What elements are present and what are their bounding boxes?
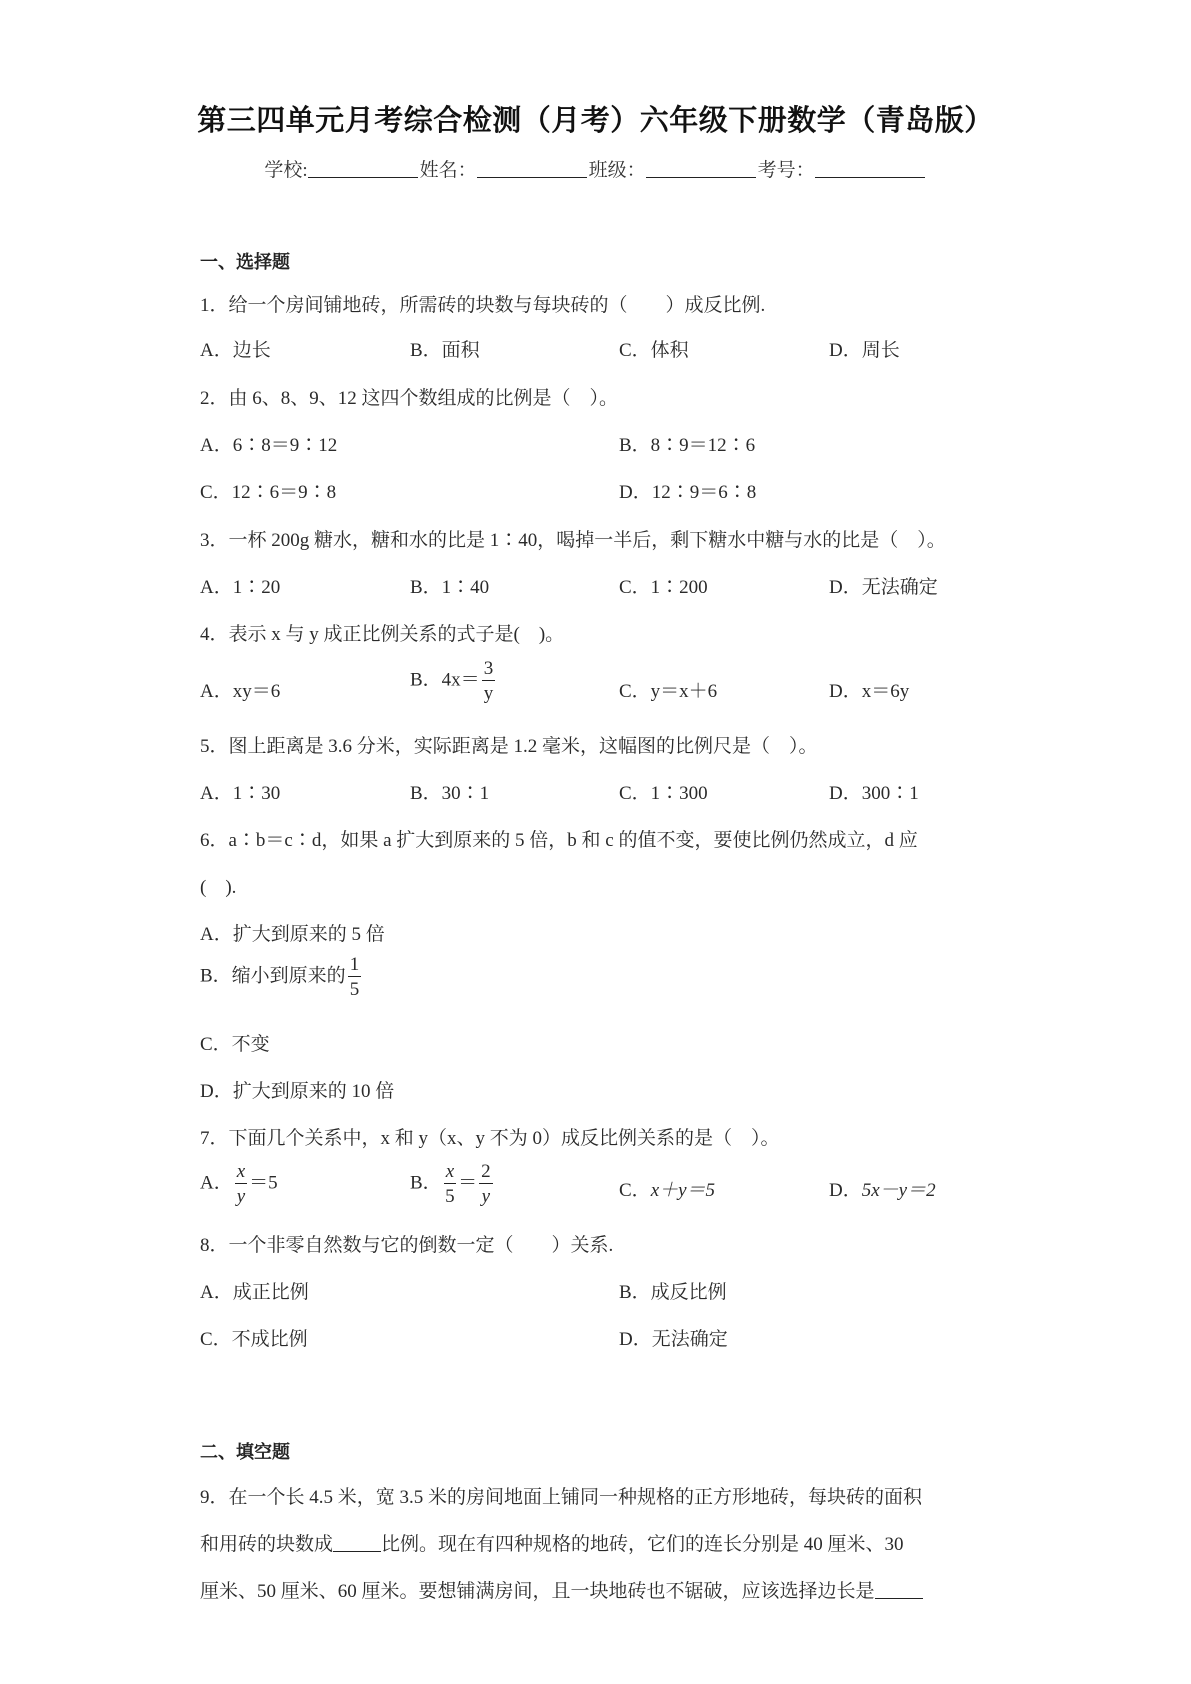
q1-option-a[interactable]: A．边长 [200, 335, 271, 362]
question-3-stem: 3．一杯 200g 糖水，糖和水的比是 1∶40，喝掉一半后，剩下糖水中糖与水的… [200, 525, 946, 552]
q3-option-c[interactable]: C．1∶200 [619, 572, 708, 599]
q6-option-d[interactable]: D．扩大到原来的 10 倍 [200, 1076, 394, 1103]
q6-option-c[interactable]: C．不变 [200, 1029, 270, 1056]
question-7-stem: 7．下面几个关系中，x 和 y（x、y 不为 0）成反比例关系的是（ ）。 [200, 1123, 780, 1150]
q4-option-d[interactable]: D．x＝6y [829, 676, 909, 703]
q5-option-c[interactable]: C．1∶300 [619, 778, 708, 805]
answer-blank-1[interactable] [333, 1535, 381, 1552]
q5-option-b[interactable]: B．30∶1 [410, 778, 489, 805]
q2-option-a[interactable]: A．6∶8＝9∶12 [200, 430, 337, 457]
q6-option-b-prefix: B．缩小到原来的 [200, 965, 346, 986]
q8-option-d[interactable]: D．无法确定 [619, 1324, 728, 1351]
class-label: 班级： [589, 155, 646, 182]
school-blank[interactable] [308, 159, 418, 178]
question-8-stem: 8．一个非零自然数与它的倒数一定（ ）关系. [200, 1230, 613, 1257]
student-info-row: 学校:姓名：班级：考号： [0, 155, 1191, 182]
q5-option-a[interactable]: A．1∶30 [200, 778, 280, 805]
q8-option-b[interactable]: B．成反比例 [619, 1277, 727, 1304]
q7-option-b[interactable]: B．x5＝2y [410, 1162, 495, 1206]
q7-option-d[interactable]: D．5x－y＝2 [829, 1175, 936, 1202]
question-5-stem: 5．图上距离是 3.6 分米，实际距离是 1.2 毫米，这幅图的比例尺是（ ）。 [200, 731, 818, 758]
question-6-stem-line-2: ( ). [200, 872, 236, 899]
answer-blank-2[interactable] [875, 1582, 923, 1599]
name-label: 姓名： [420, 155, 477, 182]
fraction-1-over-5: 15 [348, 955, 362, 999]
fraction-x-over-5: x5 [444, 1162, 456, 1206]
fraction-x-over-y: xy [235, 1162, 247, 1206]
q1-option-b[interactable]: B．面积 [410, 335, 480, 362]
exam-no-blank[interactable] [815, 159, 925, 178]
question-9-line-1: 9．在一个长 4.5 米，宽 3.5 米的房间地面上铺同一种规格的正方形地砖，每… [200, 1482, 922, 1509]
section-heading-choice: 一、选择题 [200, 248, 290, 274]
q6-option-b[interactable]: B．缩小到原来的15 [200, 955, 363, 999]
q8-option-a[interactable]: A．成正比例 [200, 1277, 309, 1304]
q7-option-c[interactable]: C．x＋y＝5 [619, 1175, 715, 1202]
question-9-line-2: 和用砖的块数成比例。现在有四种规格的地砖，它们的连长分别是 40 厘米、30 [200, 1529, 904, 1556]
name-blank[interactable] [477, 159, 587, 178]
question-1-stem: 1．给一个房间铺地砖，所需砖的块数与每块砖的（ ）成反比例. [200, 290, 765, 317]
class-blank[interactable] [646, 159, 756, 178]
q4-option-b-prefix: B．4x＝ [410, 669, 480, 690]
q3-option-a[interactable]: A．1∶20 [200, 572, 280, 599]
q6-option-a[interactable]: A．扩大到原来的 5 倍 [200, 919, 385, 946]
section-heading-fill-blank: 二、填空题 [200, 1438, 290, 1464]
q8-option-c[interactable]: C．不成比例 [200, 1324, 308, 1351]
q1-option-c[interactable]: C．体积 [619, 335, 689, 362]
q4-option-c[interactable]: C．y＝x＋6 [619, 676, 717, 703]
q3-option-d[interactable]: D．无法确定 [829, 572, 938, 599]
q2-option-c[interactable]: C．12∶6＝9∶8 [200, 477, 336, 504]
question-2-stem: 2．由 6、8、9、12 这四个数组成的比例是（ ）。 [200, 383, 618, 410]
school-label: 学校: [264, 155, 307, 182]
q2-option-d[interactable]: D．12∶9＝6∶8 [619, 477, 756, 504]
q2-option-b[interactable]: B．8∶9＝12∶6 [619, 430, 755, 457]
fraction-2-over-y: 2y [479, 1162, 493, 1206]
q1-option-d[interactable]: D．周长 [829, 335, 900, 362]
q7-option-a[interactable]: A．xy＝5 [200, 1162, 278, 1206]
question-4-stem: 4．表示 x 与 y 成正比例关系的式子是( )。 [200, 619, 564, 646]
question-9-line-3: 厘米、50 厘米、60 厘米。要想铺满房间，且一块地砖也不锯破，应该选择边长是 [200, 1576, 923, 1603]
q3-option-b[interactable]: B．1∶40 [410, 572, 489, 599]
q4-option-a[interactable]: A．xy＝6 [200, 676, 280, 703]
question-6-stem-line-1: 6．a∶b＝c∶d，如果 a 扩大到原来的 5 倍，b 和 c 的值不变，要使比… [200, 825, 918, 852]
exam-page: 第三四单元月考综合检测（月考）六年级下册数学（青岛版） 学校:姓名：班级：考号：… [0, 0, 1191, 1684]
q4-option-b[interactable]: B．4x＝3y [410, 659, 497, 703]
q5-option-d[interactable]: D．300∶1 [829, 778, 919, 805]
page-title: 第三四单元月考综合检测（月考）六年级下册数学（青岛版） [0, 98, 1191, 139]
fraction-3-over-y: 3y [482, 659, 496, 703]
exam-no-label: 考号： [758, 155, 815, 182]
